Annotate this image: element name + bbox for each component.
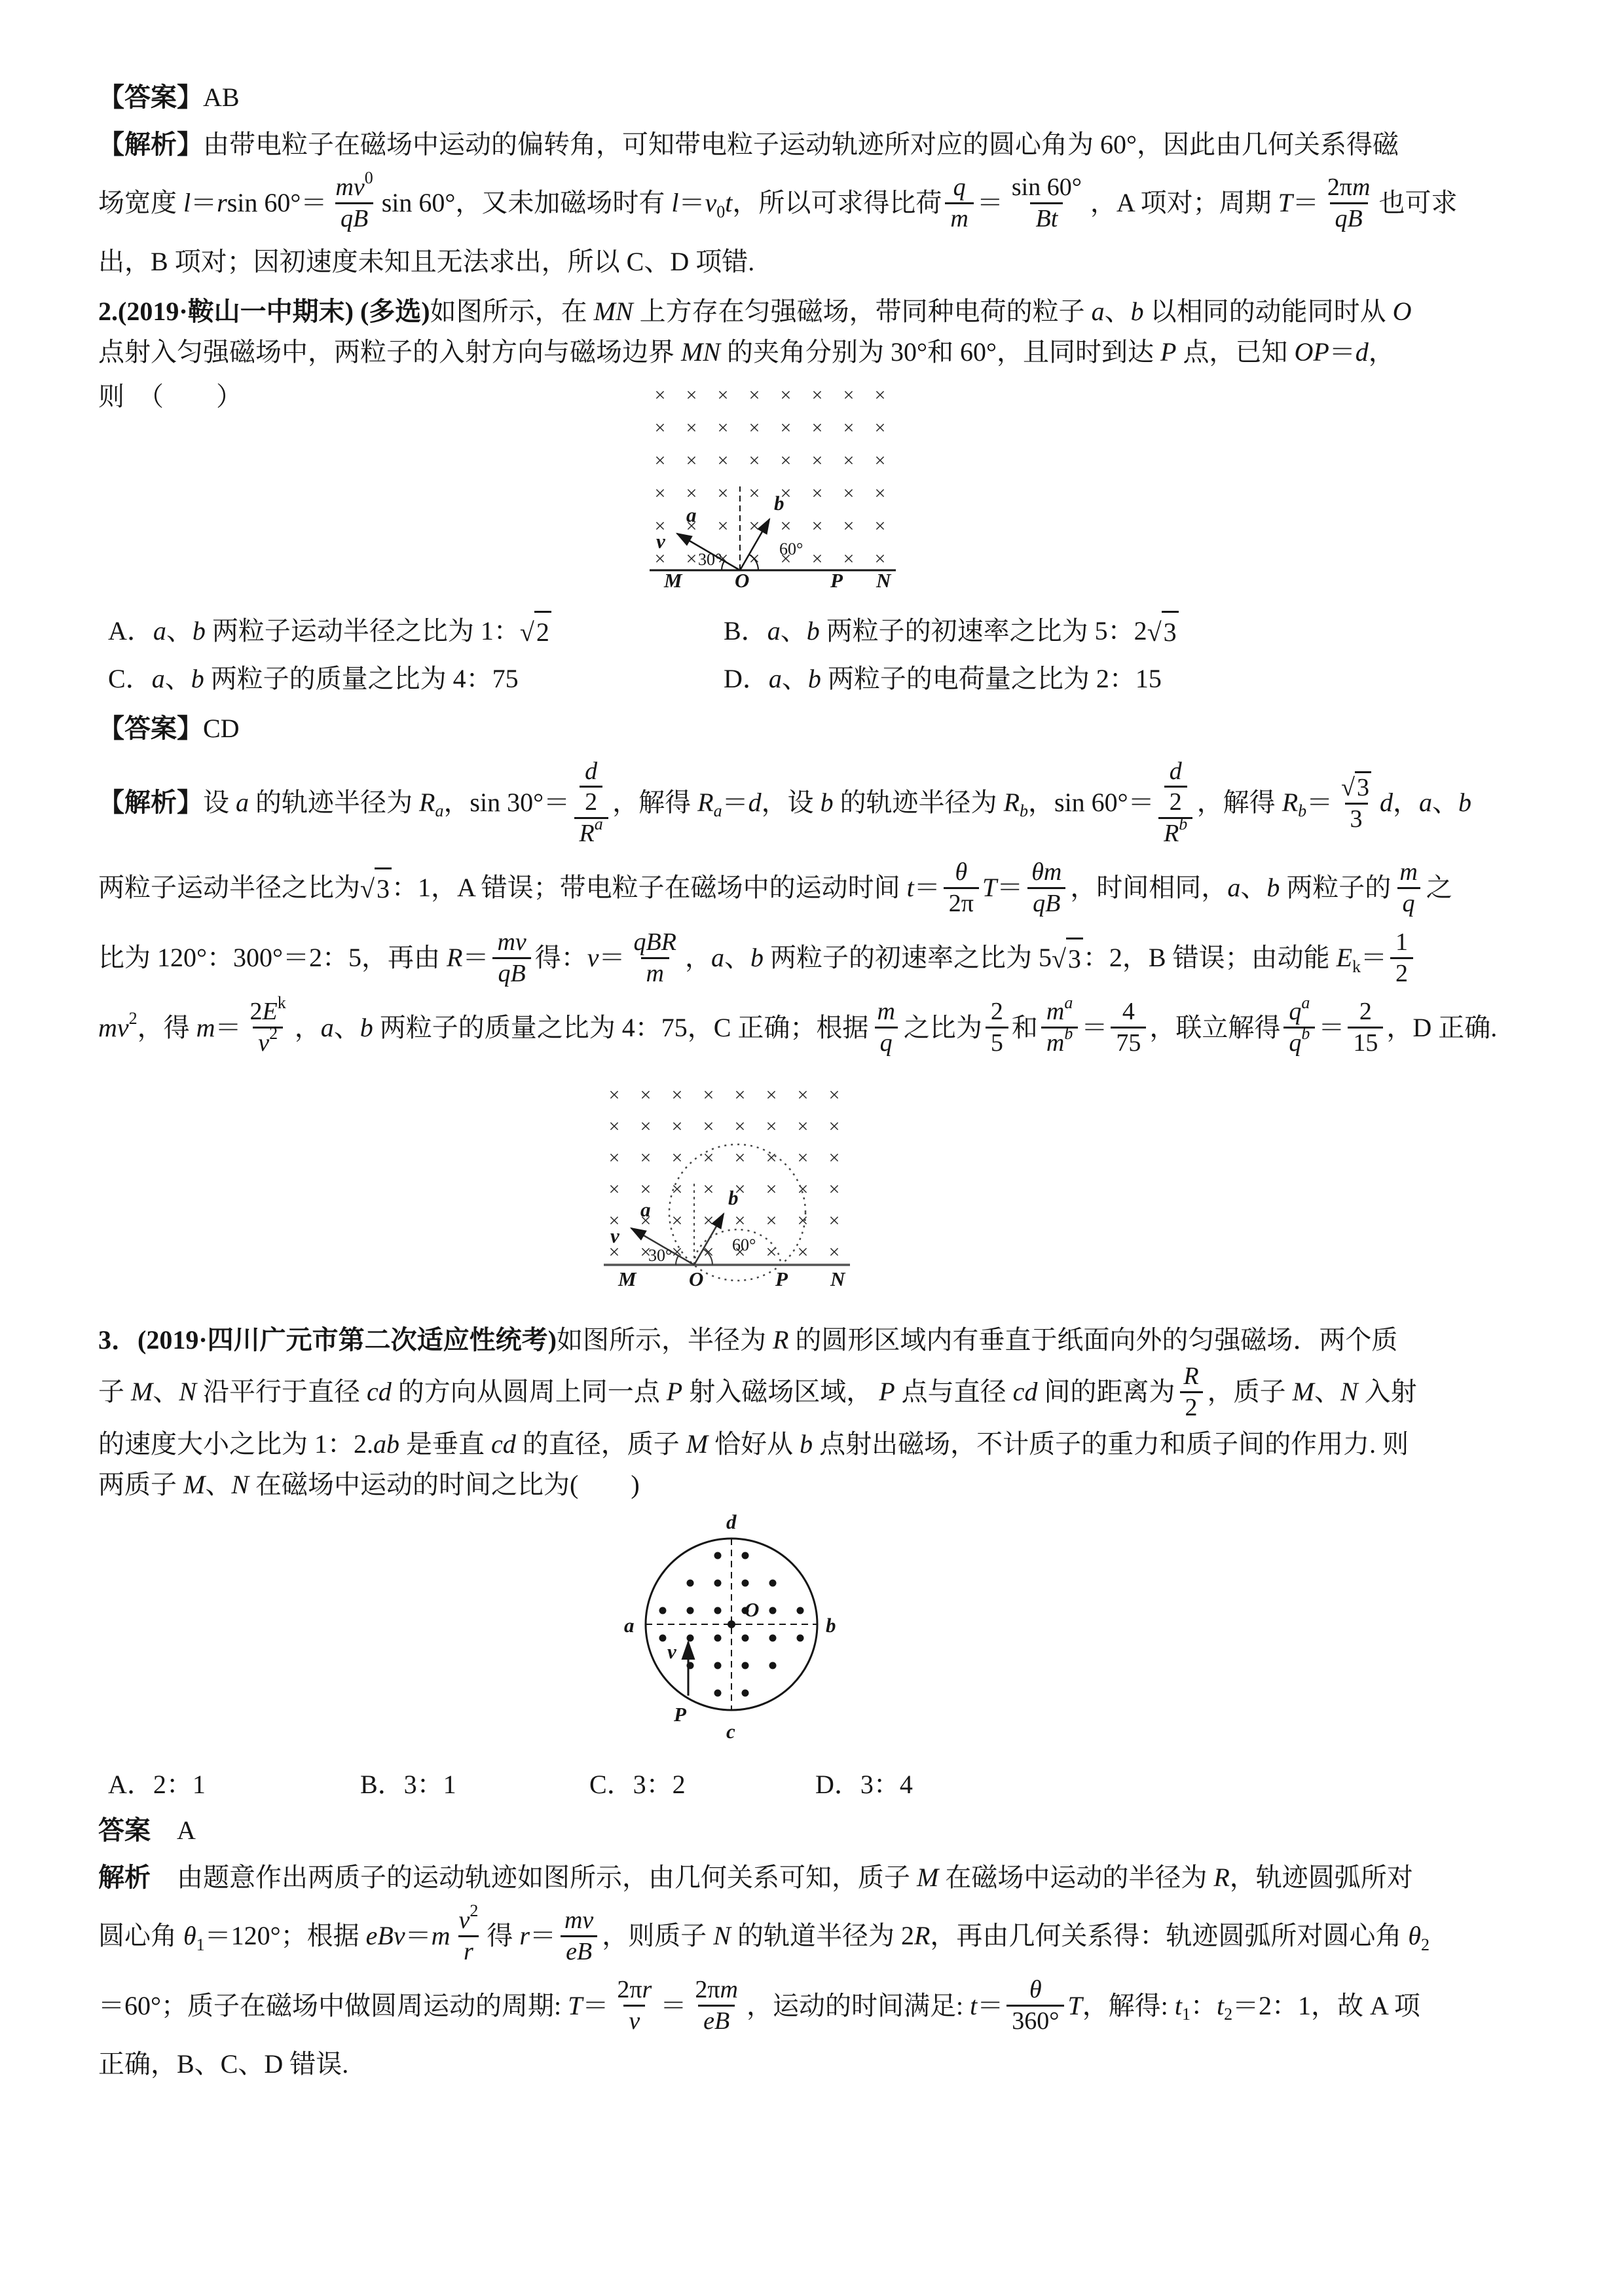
field-dot-symbol: [659, 1607, 667, 1614]
text-line: 子 M、N 沿平行于直径 cd 的方向从圆周上同一点 P 射入磁场区域， P 点…: [98, 1360, 1539, 1424]
field-cross-symbol: ×: [718, 384, 729, 406]
field-dot-symbol: [714, 1634, 722, 1641]
field-cross-symbol: ×: [843, 417, 855, 439]
field-cross-symbol: ×: [875, 515, 886, 537]
angle-30-label: 30°: [698, 550, 722, 569]
field-cross-symbol: ×: [875, 483, 886, 504]
q3-option-a: A．2：1: [108, 1764, 360, 1805]
text-line: 两质子 M、N 在磁场中运动的时间之比为( ): [98, 1465, 1539, 1505]
field-cross-symbol: ×: [718, 515, 729, 537]
center-point: [728, 1620, 735, 1628]
q3-option-d: D．3：4: [815, 1764, 1539, 1805]
field-cross-symbol: ×: [655, 417, 666, 439]
point-P-label: P: [775, 1267, 788, 1290]
field-cross-symbol: ×: [766, 1241, 777, 1263]
angle-30-label: 30°: [648, 1246, 672, 1265]
field-dot-symbol: [797, 1634, 804, 1641]
q2-option-b: B．a、b 两粒子的初速率之比为 5：2√3: [724, 611, 1539, 652]
field-cross-symbol: ×: [686, 417, 697, 439]
field-dot-symbol: [714, 1552, 722, 1559]
field-cross-symbol: ×: [875, 417, 886, 439]
angle-60-label: 60°: [779, 539, 803, 558]
q2-analysis: 【解析】设 a 的轨迹半径为 Ra，sin 30°＝d2Ra，解得 Ra＝d，设…: [98, 756, 1539, 1059]
field-cross-symbol: ×: [703, 1210, 714, 1231]
point-c-label: c: [726, 1720, 735, 1743]
field-cross-symbol: ×: [609, 1116, 620, 1137]
q1-answer-line: 【答案】AB: [98, 77, 1539, 118]
q3-analysis: 解析 由题意作出两质子的运动轨迹如图所示，由几何关系可知，质子 M 在磁场中运动…: [98, 1857, 1539, 2085]
field-cross-symbol: ×: [781, 417, 792, 439]
field-cross-symbol: ×: [798, 1178, 809, 1200]
field-cross-symbol: ×: [686, 548, 697, 570]
field-cross-symbol: ×: [735, 1210, 746, 1231]
q2-figure-field-mn: ××××××××××××××××××××××××××××××××××××××××…: [648, 376, 897, 600]
field-dot-symbol: [742, 1689, 749, 1696]
field-cross-symbol: ×: [749, 417, 760, 439]
point-O-label: O: [735, 569, 749, 589]
field-cross-symbol: ×: [640, 1178, 652, 1200]
field-cross-symbol: ×: [718, 450, 729, 471]
q2-option-a: A．a、b 两粒子运动半径之比为 1：√2: [108, 611, 724, 652]
field-dot-symbol: [742, 1579, 749, 1586]
field-dot-symbol: [769, 1607, 777, 1614]
field-cross-symbol: ×: [843, 384, 855, 406]
q3-figure-circular-field: d c a b O v P: [619, 1508, 1539, 1758]
field-cross-symbol: ×: [781, 515, 792, 537]
particle-b-label: b: [728, 1186, 739, 1209]
angle-60-label: 60°: [732, 1235, 756, 1254]
field-cross-symbol: ×: [672, 1147, 683, 1169]
field-cross-symbol: ×: [686, 384, 697, 406]
field-cross-symbol: ×: [843, 548, 855, 570]
text-line: 圆心角 θ1＝120°；根据 eBv＝mv2r得 r＝mveB，则质子 N 的轨…: [98, 1904, 1539, 1968]
field-cross-symbol: ×: [812, 483, 823, 504]
field-dot-symbol: [714, 1607, 722, 1614]
field-cross-symbol: ×: [703, 1178, 714, 1200]
field-cross-symbol: ×: [798, 1116, 809, 1137]
field-cross-symbol: ×: [829, 1241, 840, 1263]
point-N-label: N: [830, 1267, 846, 1290]
field-cross-symbol: ×: [798, 1241, 809, 1263]
field-cross-symbol: ×: [686, 450, 697, 471]
point-M-label: M: [618, 1267, 637, 1290]
field-dot-symbol: [742, 1552, 749, 1559]
field-dot-symbol: [714, 1689, 722, 1696]
field-cross-symbol: ×: [766, 1084, 777, 1106]
field-dot-symbol: [659, 1634, 667, 1641]
q2-stem: 2.(2019·鞍山一中期末) (多选)如图所示，在 MN 上方存在匀强磁场，带…: [98, 291, 1539, 373]
field-dot-symbol: [769, 1579, 777, 1586]
field-cross-symbol: ×: [766, 1178, 777, 1200]
text-line: 3．(2019·四川广元市第二次适应性统考)如图所示，半径为 R 的圆形区域内有…: [98, 1320, 1539, 1360]
field-cross-symbol: ×: [843, 450, 855, 471]
field-cross-symbol: ×: [812, 450, 823, 471]
field-dot-symbol: [687, 1607, 694, 1614]
field-cross-symbol: ×: [609, 1147, 620, 1169]
text-line: 的速度大小之比为 1：2.ab 是垂直 cd 的直径，质子 M 恰好从 b 点射…: [98, 1424, 1539, 1465]
field-dot-symbol: [769, 1634, 777, 1641]
field-cross-symbol: ×: [812, 515, 823, 537]
field-cross-symbol: ×: [640, 1147, 652, 1169]
q2-stem-tail: 则 （ ）: [98, 376, 242, 417]
field-cross-symbol: ×: [672, 1084, 683, 1106]
point-N-label: N: [876, 569, 892, 589]
field-dot-symbol: [797, 1607, 804, 1614]
field-cross-symbol: ×: [829, 1116, 840, 1137]
field-dot-symbol: [769, 1662, 777, 1669]
velocity-v-label: v: [656, 530, 666, 553]
q3-options: A．2：1 B．3：1 C．3：2 D．3：4: [108, 1764, 1539, 1805]
point-a-label: a: [624, 1614, 635, 1637]
q2-option-d: D．a、b 两粒子的电荷量之比为 2：15: [724, 659, 1539, 699]
point-b-label: b: [826, 1614, 836, 1637]
point-P-label: P: [830, 569, 843, 589]
field-cross-symbol: ×: [875, 548, 886, 570]
field-dot-symbol: [742, 1662, 749, 1669]
field-cross-symbol: ×: [798, 1210, 809, 1231]
q2-options: A．a、b 两粒子运动半径之比为 1：√2 B．a、b 两粒子的初速率之比为 5…: [108, 611, 1539, 699]
field-cross-symbol: ×: [609, 1084, 620, 1106]
text-line: 比为 120°：300°＝2：5，再由 R＝mvqB得：v＝qBRm，a、b 两…: [98, 926, 1539, 990]
particle-a-label: a: [640, 1198, 651, 1221]
text-line: 正确，B、C、D 错误.: [98, 2044, 1539, 2085]
field-into-page-grid: ××××××××××××××××××××××××××××××××××××××××…: [655, 384, 886, 570]
field-cross-symbol: ×: [609, 1178, 620, 1200]
field-cross-symbol: ×: [875, 384, 886, 406]
text-line: ＝60°；质子在磁场中做圆周运动的周期: T＝2πrv＝2πmeB，运动的时间满…: [98, 1974, 1539, 2037]
field-cross-symbol: ×: [749, 384, 760, 406]
field-cross-symbol: ×: [718, 417, 729, 439]
field-cross-symbol: ×: [703, 1147, 714, 1169]
field-cross-symbol: ×: [798, 1147, 809, 1169]
q1-analysis: 【解析】由带电粒子在磁场中运动的偏转角，可知带电粒子运动轨迹所对应的圆心角为 6…: [98, 124, 1539, 282]
field-cross-symbol: ×: [735, 1147, 746, 1169]
center-O-label: O: [745, 1598, 759, 1621]
field-cross-symbol: ×: [735, 1116, 746, 1137]
field-cross-symbol: ×: [718, 483, 729, 504]
field-cross-symbol: ×: [686, 483, 697, 504]
particle-b-label: b: [774, 492, 784, 515]
point-M-label: M: [663, 569, 683, 589]
field-cross-symbol: ×: [843, 515, 855, 537]
text-line: 点射入匀强磁场中，两粒子的入射方向与磁场边界 MN 的夹角分别为 30°和 60…: [98, 332, 1539, 373]
worksheet-page: { "q1": { "answer_line": [{"b":"【答案】"},{…: [0, 0, 1624, 2296]
field-cross-symbol: ×: [766, 1210, 777, 1231]
field-cross-symbol: ×: [672, 1210, 683, 1231]
field-cross-symbol: ×: [781, 450, 792, 471]
field-cross-symbol: ×: [829, 1084, 840, 1106]
field-cross-symbol: ×: [781, 384, 792, 406]
text-line: mv2，得 m＝2Ekv2，a、b 两粒子的质量之比为 4：75，C 正确；根据…: [98, 996, 1539, 1059]
field-cross-symbol: ×: [829, 1210, 840, 1231]
q2-solution-figure: ××××××××××××××××××××××××××××××××××××××××…: [602, 1076, 1539, 1307]
q2-option-c: C．a、b 两粒子的质量之比为 4：75: [108, 659, 724, 699]
field-cross-symbol: ×: [812, 548, 823, 570]
field-dot-symbol: [687, 1634, 694, 1641]
field-cross-symbol: ×: [703, 1084, 714, 1106]
q2-stem-tail-and-figure: 则 （ ） ××××××××××××××××××××××××××××××××××…: [98, 373, 1539, 603]
field-cross-symbol: ×: [812, 384, 823, 406]
field-cross-symbol: ×: [749, 483, 760, 504]
field-cross-symbol: ×: [749, 515, 760, 537]
q3-option-b: B．3：1: [360, 1764, 589, 1805]
point-P-label: P: [673, 1703, 687, 1726]
text-line: 【解析】由带电粒子在磁场中运动的偏转角，可知带电粒子运动轨迹所对应的圆心角为 6…: [98, 124, 1539, 165]
field-dot-symbol: [714, 1662, 722, 1669]
field-cross-symbol: ×: [798, 1084, 809, 1106]
text-line: 解析 由题意作出两质子的运动轨迹如图所示，由几何关系可知，质子 M 在磁场中运动…: [98, 1857, 1539, 1898]
q2-answer-line: 【答案】CD: [98, 708, 1539, 749]
field-cross-symbol: ×: [766, 1116, 777, 1137]
q3-option-c: C．3：2: [589, 1764, 815, 1805]
field-cross-symbol: ×: [875, 450, 886, 471]
velocity-v-label: v: [667, 1640, 677, 1663]
field-cross-symbol: ×: [655, 384, 666, 406]
field-cross-symbol: ×: [829, 1178, 840, 1200]
field-cross-symbol: ×: [655, 450, 666, 471]
text-line: 2.(2019·鞍山一中期末) (多选)如图所示，在 MN 上方存在匀强磁场，带…: [98, 291, 1539, 332]
field-dot-symbol: [742, 1634, 749, 1641]
text-line: 场宽度 l＝rsin 60°＝mv0qBsin 60°，又未加磁场时有 l＝v0…: [98, 172, 1539, 235]
field-cross-symbol: ×: [655, 483, 666, 504]
field-dot-symbol: [714, 1579, 722, 1586]
field-cross-symbol: ×: [749, 450, 760, 471]
particle-a-label: a: [686, 503, 697, 526]
field-dot-symbol: [687, 1579, 694, 1586]
q3-answer-line: 答案 A: [98, 1810, 1539, 1851]
field-cross-symbol: ×: [703, 1241, 714, 1263]
field-cross-symbol: ×: [640, 1116, 652, 1137]
point-d-label: d: [726, 1510, 737, 1533]
text-line: 两粒子运动半径之比为√3：1，A 错误；带电粒子在磁场中的运动时间 t＝θ2πT…: [98, 856, 1539, 920]
field-cross-symbol: ×: [640, 1084, 652, 1106]
field-cross-symbol: ×: [766, 1147, 777, 1169]
text-line: 出，B 项对；因初速度未知且无法求出，所以 C、D 项错.: [98, 242, 1539, 282]
point-O-label: O: [689, 1267, 703, 1290]
q3-stem: 3．(2019·四川广元市第二次适应性统考)如图所示，半径为 R 的圆形区域内有…: [98, 1320, 1539, 1505]
field-cross-symbol: ×: [843, 483, 855, 504]
field-cross-symbol: ×: [829, 1147, 840, 1169]
field-cross-symbol: ×: [672, 1116, 683, 1137]
text-line: 【解析】设 a 的轨迹半径为 Ra，sin 30°＝d2Ra，解得 Ra＝d，设…: [98, 756, 1539, 850]
velocity-v-label: v: [610, 1224, 620, 1247]
field-cross-symbol: ×: [812, 417, 823, 439]
field-cross-symbol: ×: [703, 1116, 714, 1137]
field-cross-symbol: ×: [735, 1084, 746, 1106]
